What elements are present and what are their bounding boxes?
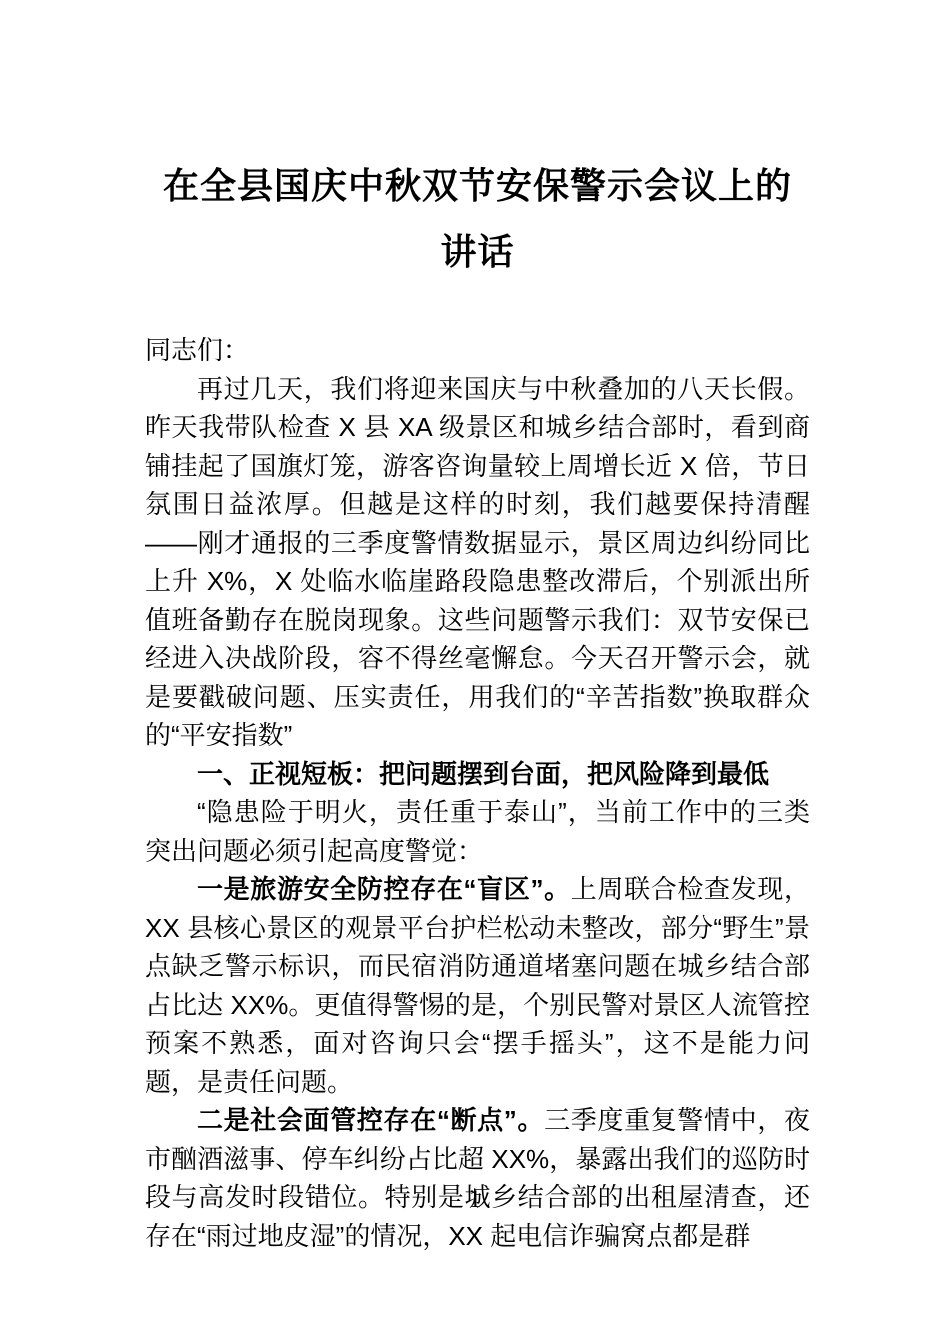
point-lead-text: 二是社会面管控存在“断点”。 (197, 1105, 544, 1135)
paragraph-text: “隐患险于明火，责任重于泰山”，当前工作中的三类突出问题必须引起高度警觉： (145, 797, 810, 866)
paragraph-quote-lead: “隐患险于明火，责任重于泰山”，当前工作中的三类突出问题必须引起高度警觉： (145, 793, 810, 870)
paragraph-text: 再过几天，我们将迎来国庆与中秋叠加的八天长假。昨天我带队检查 X 县 XA 级景… (145, 374, 810, 751)
paragraph-point-1: 一是旅游安全防控存在“盲区”。上周联合检查发现，XX 县核心景区的观景平台护栏松… (145, 870, 810, 1101)
page-number: 1 (0, 1186, 950, 1214)
paragraph-intro: 再过几天，我们将迎来国庆与中秋叠加的八天长假。昨天我带队检查 X 县 XA 级景… (145, 370, 810, 755)
point-lead-text: 一是旅游安全防控存在“盲区”。 (197, 874, 571, 904)
paragraph-text: 同志们： (145, 335, 249, 365)
paragraph-text: 上周联合检查发现，XX 县核心景区的观景平台护栏松动未整改，部分“野生”景点缺乏… (145, 874, 810, 1097)
document-title: 在全县国庆中秋双节安保警示会议上的讲话 (145, 153, 810, 285)
paragraph-section-heading-1: 一、正视短板：把问题摆到台面，把风险降到最低 (145, 755, 810, 794)
paragraph-point-2: 二是社会面管控存在“断点”。三季度重复警情中，夜市酗酒滋事、停车纠纷占比超 XX… (145, 1101, 810, 1255)
paragraph-salutation: 同志们： (145, 331, 810, 370)
document-page: 在全县国庆中秋双节安保警示会议上的讲话 同志们： 再过几天，我们将迎来国庆与中秋… (0, 0, 950, 1344)
section-heading-text: 一、正视短板：把问题摆到台面，把风险降到最低 (197, 759, 769, 789)
document-body: 同志们： 再过几天，我们将迎来国庆与中秋叠加的八天长假。昨天我带队检查 X 县 … (145, 331, 810, 1255)
